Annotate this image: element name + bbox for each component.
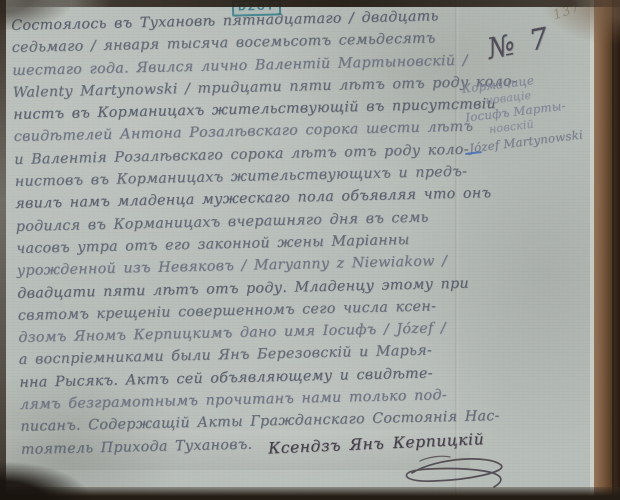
page-number: 137 bbox=[551, 0, 582, 23]
shadow-corner-bottom-left bbox=[0, 462, 90, 500]
main-text-lines: Состоялось въ Тухановѣ пятнадцатаго / дв… bbox=[11, 5, 469, 461]
photo-edge-left bbox=[0, 0, 6, 500]
signature-paraph bbox=[398, 447, 528, 500]
archive-stamp: DZOT bbox=[232, 0, 282, 17]
photo-edge-top bbox=[0, 0, 620, 7]
document-photo: Состоялось въ Тухановѣ пятнадцатаго / дв… bbox=[0, 0, 620, 500]
record-number: № 7 bbox=[484, 20, 553, 66]
